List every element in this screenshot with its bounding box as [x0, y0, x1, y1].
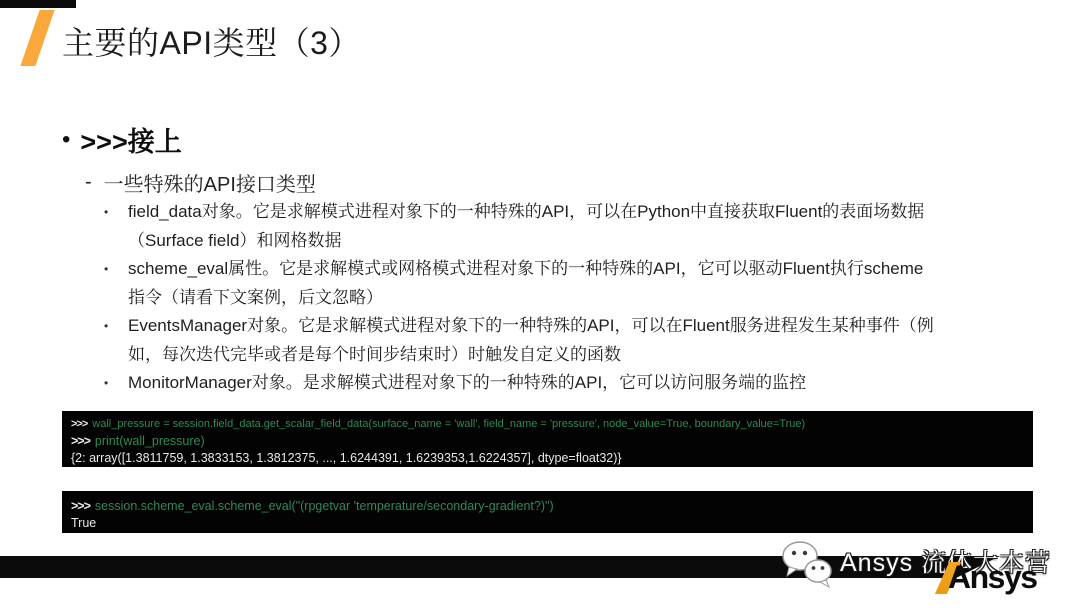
- bullet-dot-icon: •: [62, 126, 70, 154]
- code-output-line: {2: array([1.3811759, 1.3833153, 1.38123…: [71, 450, 1024, 467]
- item-line: field_data对象。它是求解模式进程对象下的一种特殊的API，可以在Pyt…: [128, 198, 1029, 227]
- ansys-logo: Ansys: [930, 559, 1080, 599]
- item-dot-icon: •: [104, 369, 128, 398]
- item-dot-icon: •: [104, 312, 128, 369]
- repl-prompt: >>>: [71, 418, 87, 430]
- item-dot-icon: •: [104, 198, 128, 255]
- list-item: • field_data对象。它是求解模式进程对象下的一种特殊的API，可以在P…: [104, 198, 1029, 255]
- bullet-level1: • >>>接上: [62, 120, 182, 159]
- item-text: field_data对象。它是求解模式进程对象下的一种特殊的API，可以在Pyt…: [128, 198, 1029, 255]
- code-output-text: True: [71, 516, 96, 530]
- code-line: >>>print(wall_pressure): [71, 433, 1024, 450]
- repl-prompt: >>>: [71, 434, 90, 448]
- code-text: wall_pressure = session.field_data.get_s…: [92, 418, 805, 430]
- item-line: 指令（请看下文案例，后文忽略）: [128, 284, 1029, 313]
- code-output-text: {2: array([1.3811759, 1.3833153, 1.38123…: [71, 451, 622, 465]
- item-line: scheme_eval属性。它是求解模式或网格模式进程对象下的一种特殊的API，…: [128, 255, 1029, 284]
- list-item: • scheme_eval属性。它是求解模式或网格模式进程对象下的一种特殊的AP…: [104, 255, 1029, 312]
- code-output-line: True: [71, 515, 1024, 532]
- code-line: >>>wall_pressure = session.field_data.ge…: [71, 416, 1024, 433]
- item-line: EventsManager对象。它是求解模式进程对象下的一种特殊的API，可以在…: [128, 312, 1029, 341]
- top-left-bar: [0, 0, 76, 8]
- ansys-logo-text: Ansys: [948, 559, 1037, 595]
- item-dot-icon: •: [104, 255, 128, 312]
- item-text: scheme_eval属性。它是求解模式或网格模式进程对象下的一种特殊的API，…: [128, 255, 1029, 312]
- item-text: EventsManager对象。它是求解模式进程对象下的一种特殊的API，可以在…: [128, 312, 1029, 369]
- list-item: • EventsManager对象。它是求解模式进程对象下的一种特殊的API，可…: [104, 312, 1029, 369]
- code-text: session.scheme_eval.scheme_eval("(rpgetv…: [95, 499, 554, 513]
- title-accent-slash-icon: [20, 10, 54, 66]
- item-line: （Surface field）和网格数据: [128, 227, 1029, 256]
- api-items-list: • field_data对象。它是求解模式进程对象下的一种特殊的API，可以在P…: [104, 198, 1029, 398]
- presentation-slide: { "colors": { "accent_gold": "#F9A93B", …: [0, 0, 1080, 608]
- dash-marker-icon: -: [85, 171, 92, 194]
- bullet-level2: - 一些特殊的API接口类型: [85, 168, 316, 197]
- code-text: print(wall_pressure): [95, 434, 205, 448]
- repl-prompt: >>>: [71, 499, 90, 513]
- wechat-icon: [779, 539, 835, 589]
- bullet-level2-text: 一些特殊的API接口类型: [104, 168, 316, 197]
- bullet-level1-text: >>>接上: [80, 120, 181, 159]
- item-line: MonitorManager对象。是求解模式进程对象下的一种特殊的API，它可以…: [128, 369, 1029, 398]
- code-block-scheme-eval: >>>session.scheme_eval.scheme_eval("(rpg…: [62, 491, 1033, 533]
- code-line: >>>session.scheme_eval.scheme_eval("(rpg…: [71, 498, 1024, 515]
- list-item: • MonitorManager对象。是求解模式进程对象下的一种特殊的API，它…: [104, 369, 1029, 398]
- item-line: 如，每次迭代完毕或者是每个时间步结束时）时触发自定义的函数: [128, 341, 1029, 370]
- page-title: 主要的API类型（3）: [62, 18, 762, 64]
- item-text: MonitorManager对象。是求解模式进程对象下的一种特殊的API，它可以…: [128, 369, 1029, 398]
- code-block-field-data: >>>wall_pressure = session.field_data.ge…: [62, 411, 1033, 467]
